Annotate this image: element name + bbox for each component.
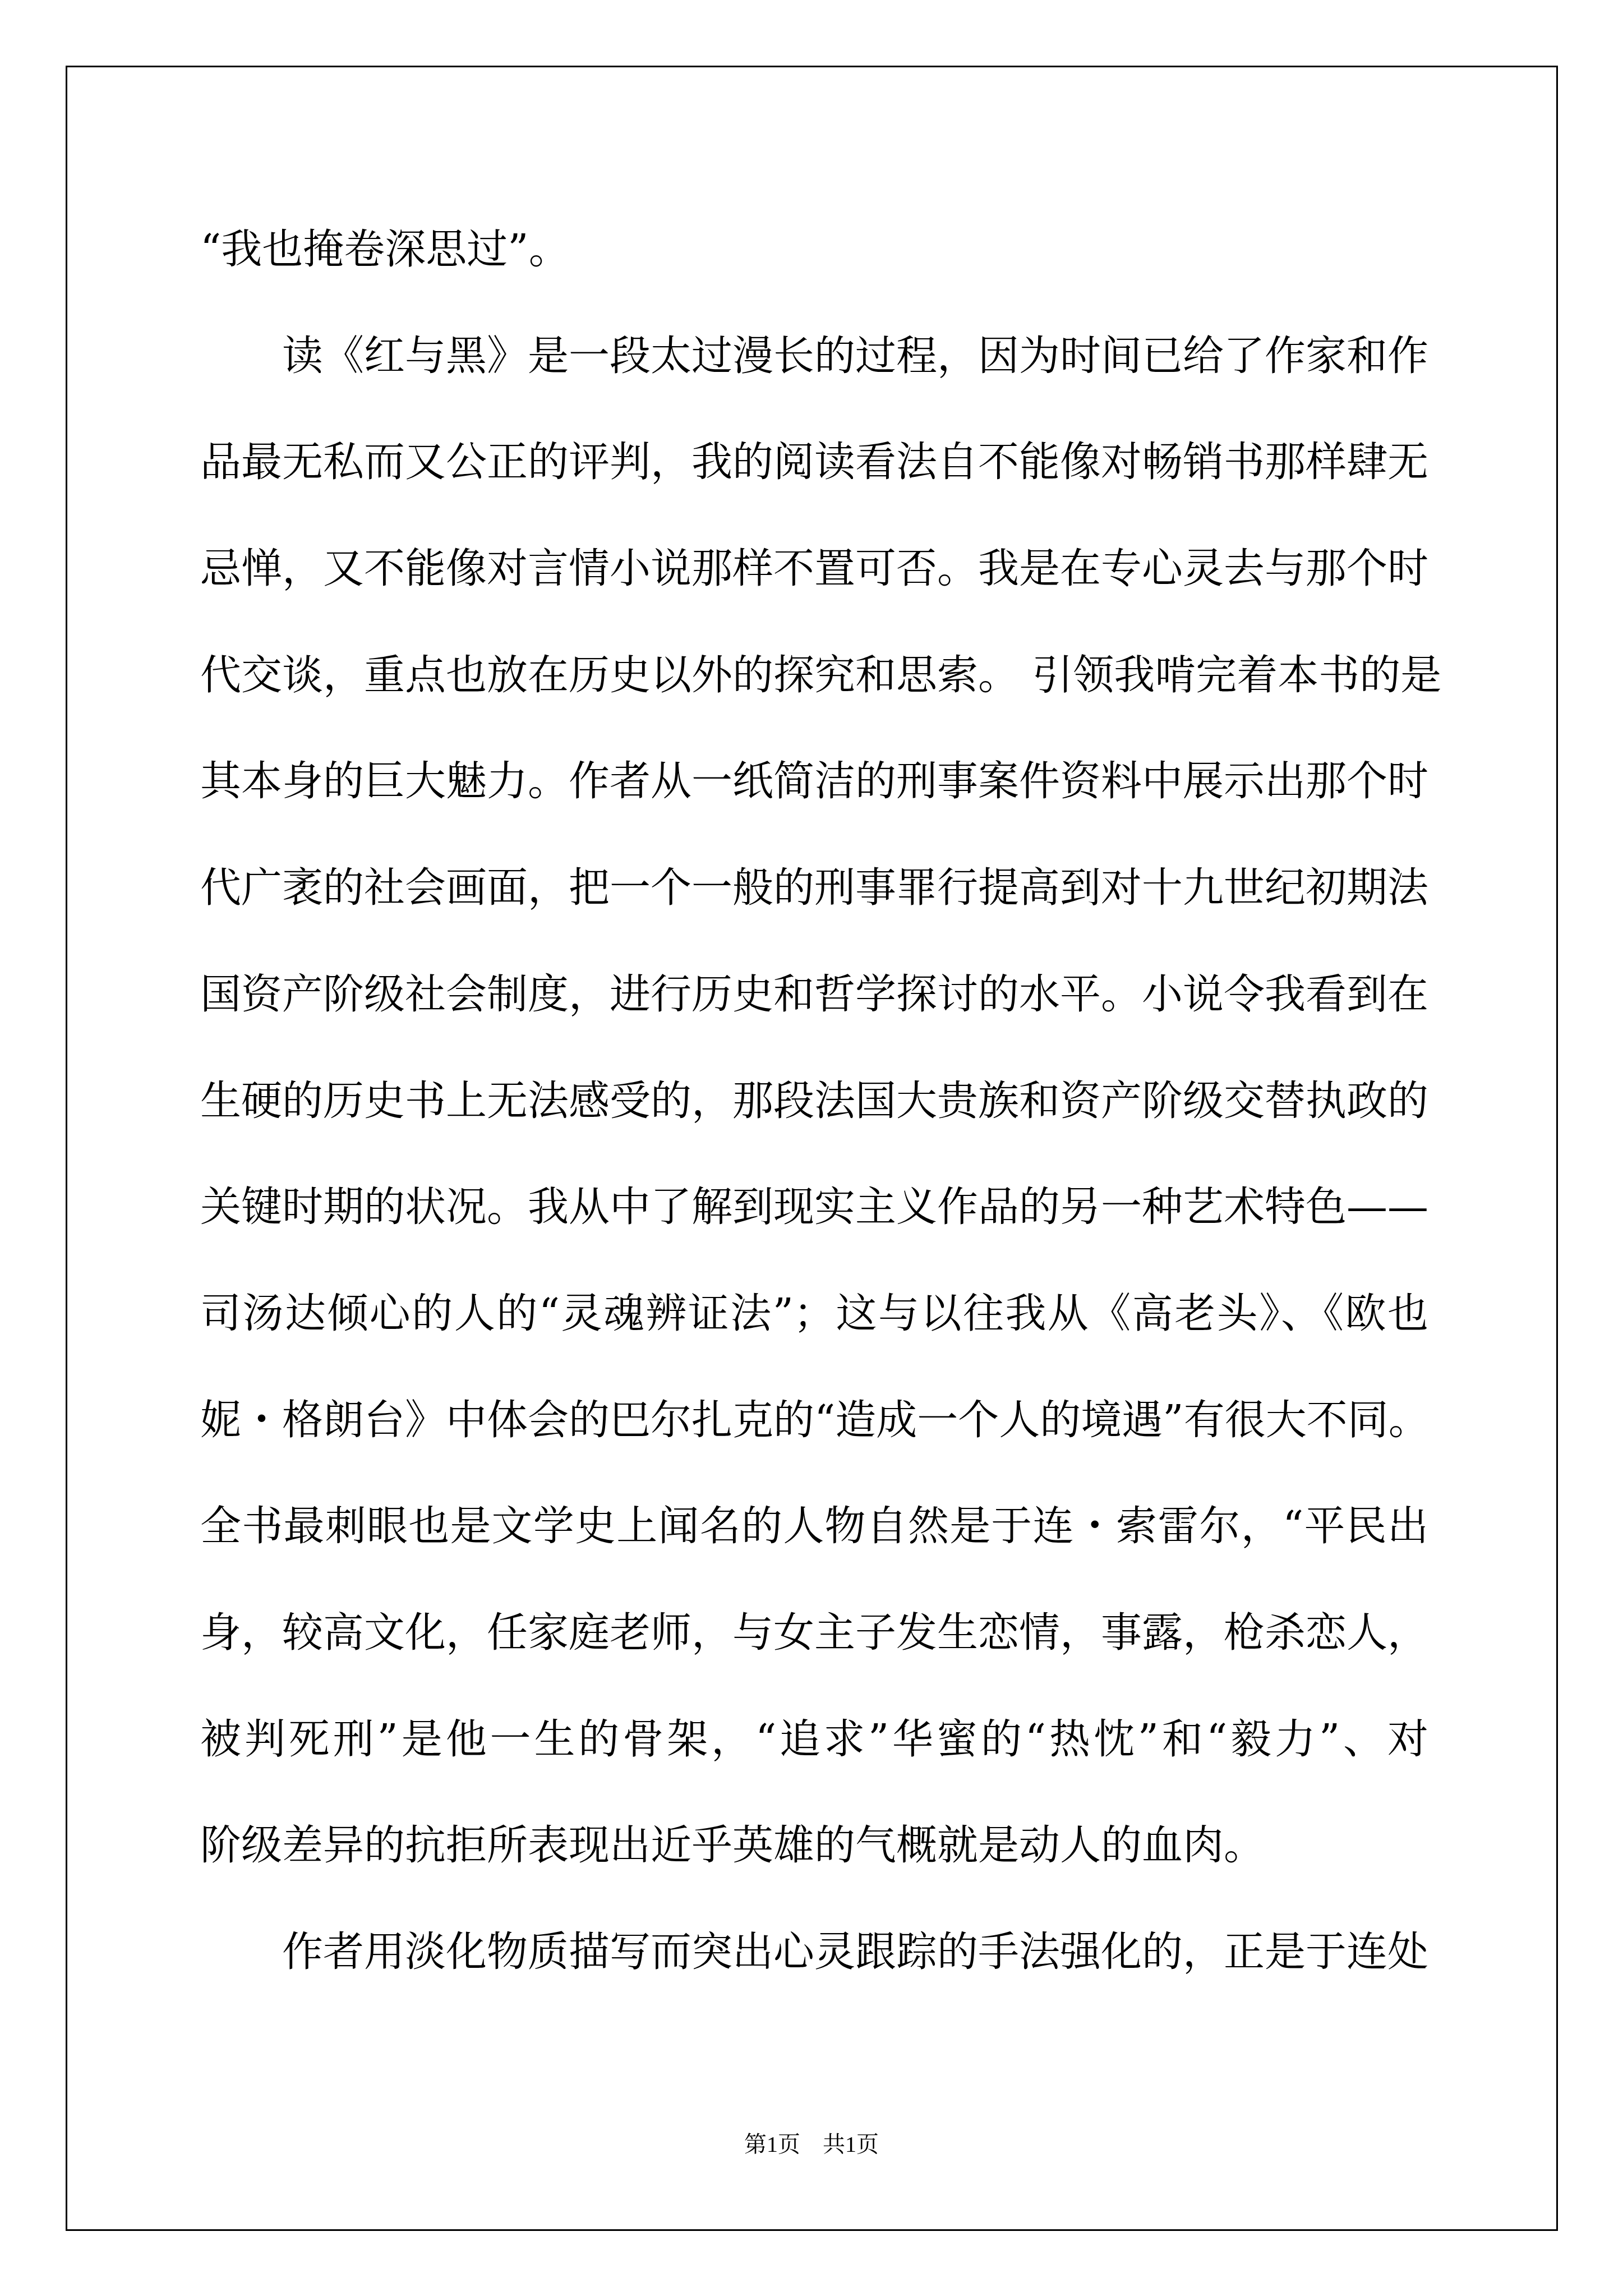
page-number: 第1页 bbox=[744, 2131, 800, 2159]
paragraph-line: 司汤达倾心的人的“灵魂辨证法”；这与以往我从《高老头》、《欧也 bbox=[200, 1260, 1428, 1367]
paragraph-line: 全书最刺眼也是文学史上闻名的人物自然是于连・索雷尔，“平民出 bbox=[200, 1473, 1428, 1580]
document-body: “我也掩卷深思过”。 读《红与黑》是一段太过漫长的过程，因为时间已给了作家和作 … bbox=[200, 196, 1428, 2005]
paragraph-line: 国资产阶级社会制度，进行历史和哲学探讨的水平。小说令我看到在 bbox=[200, 941, 1428, 1048]
paragraph-line: 代交谈，重点也放在历史以外的探究和思索。 引领我啃完着本书的是 bbox=[200, 622, 1428, 729]
paragraph-line: 忌惮，又不能像对言情小说那样不置可否。我是在专心灵去与那个时 bbox=[200, 516, 1428, 622]
paragraph-line: 作者用淡化物质描写而突出心灵跟踪的手法强化的，正是于连处 bbox=[200, 1899, 1428, 2005]
paragraph-line: 妮・格朗台》中体会的巴尔扎克的“造成一个人的境遇”有很大不同。 bbox=[200, 1367, 1428, 1474]
paragraph-line: 生硬的历史书上无法感受的，那段法国大贵族和资产阶级交替执政的 bbox=[200, 1048, 1428, 1154]
paragraph-line: 读《红与黑》是一段太过漫长的过程，因为时间已给了作家和作 bbox=[200, 303, 1428, 409]
paragraph-line: 其本身的巨大魅力。作者从一纸简洁的刑事案件资料中展示出那个时 bbox=[200, 728, 1428, 835]
page-total: 共1页 bbox=[823, 2131, 879, 2159]
paragraph-line: 身，较高文化，任家庭老师，与女主子发生恋情，事露，枪杀恋人， bbox=[200, 1580, 1428, 1686]
paragraph-line: 阶级差异的抗拒所表现出近乎英雄的气概就是动人的血肉。 bbox=[200, 1792, 1428, 1899]
paragraph-line: 被判死刑”是他一生的骨架，“追求”华蜜的“热忱”和“毅力”、对 bbox=[200, 1686, 1428, 1793]
paragraph-line: 关键时期的状况。我从中了解到现实主义作品的另一种艺术特色—— bbox=[200, 1154, 1428, 1260]
page-footer: 第1页共1页 bbox=[0, 2131, 1623, 2159]
paragraph-line: 代广袤的社会画面，把一个一般的刑事罪行提高到对十九世纪初期法 bbox=[200, 835, 1428, 941]
paragraph-line: “我也掩卷深思过”。 bbox=[200, 196, 1428, 303]
paragraph-line: 品最无私而又公正的评判，我的阅读看法自不能像对畅销书那样肆无 bbox=[200, 409, 1428, 516]
